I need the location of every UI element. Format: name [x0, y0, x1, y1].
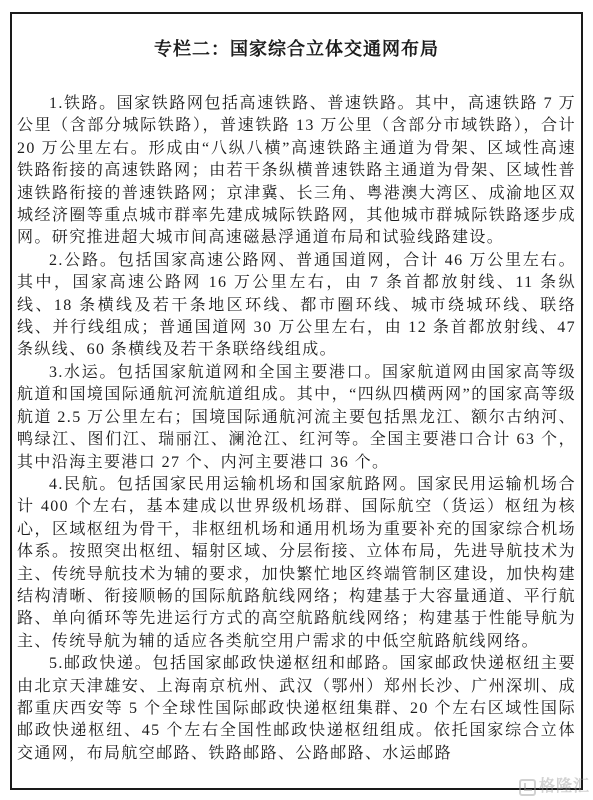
paragraph-railway: 1.铁路。国家铁路网包括高速铁路、普速铁路。其中，高速铁路 7 万公里（含部分城…	[17, 93, 576, 250]
paragraph-water-transport: 3.水运。包括国家航道网和全国主要港口。国家航道网由国家高等级航道和国境国际通航…	[17, 362, 576, 474]
paragraph-highway: 2.公路。包括国家高速公路网、普通国道网，合计 46 万公里左右。其中，国家高速…	[17, 250, 576, 362]
column-box: 专栏二：国家综合立体交通网布局 1.铁路。国家铁路网包括高速铁路、普速铁路。其中…	[10, 12, 583, 790]
paragraph-postal-express: 5.邮政快递。包括国家邮政快递枢纽和邮路。国家邮政快递枢纽主要由北京天津雄安、上…	[17, 653, 576, 765]
paragraph-civil-aviation: 4.民航。包括国家民用运输机场和国家航路网。国家民用运输机场合计 400 个左右…	[17, 474, 576, 653]
box-title: 专栏二：国家综合立体交通网布局	[17, 38, 576, 60]
document-page: 专栏二：国家综合立体交通网布局 1.铁路。国家铁路网包括高速铁路、普速铁路。其中…	[0, 0, 593, 800]
